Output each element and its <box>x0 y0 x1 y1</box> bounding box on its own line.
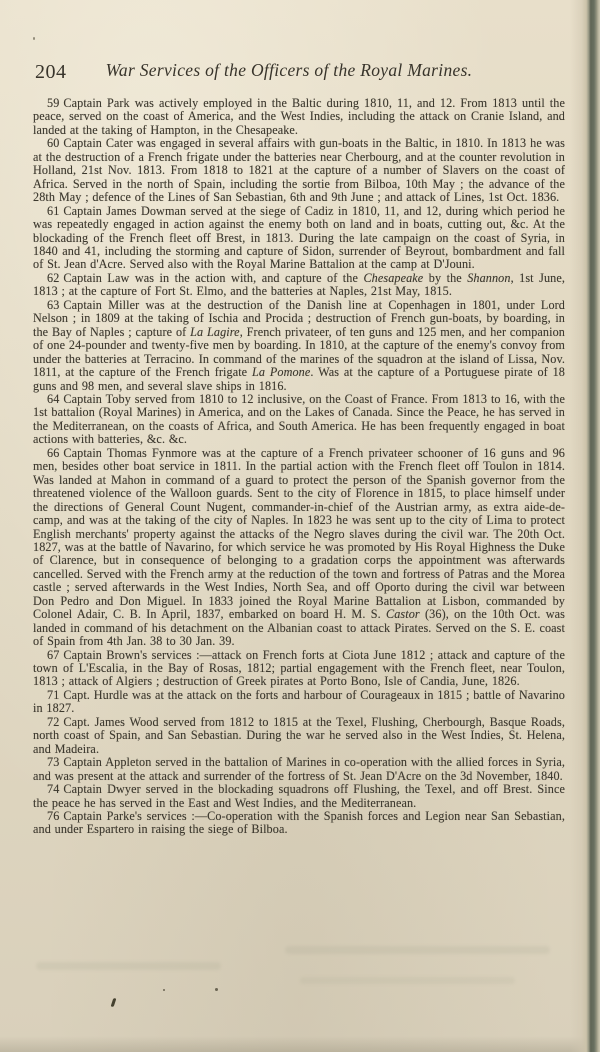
ship-name-italic: La Lagire <box>190 325 240 339</box>
paragraph-text: Captain Dwyer served in the blockading s… <box>33 782 565 809</box>
paragraph-number: 62 <box>47 271 63 285</box>
show-through-text <box>36 962 221 970</box>
paper-speck <box>33 37 35 40</box>
ship-name-italic: Castor <box>386 607 420 621</box>
paragraph-number: 60 <box>47 136 63 150</box>
paragraph-number: 71 <box>47 688 63 702</box>
paragraph-text: Captain Parke's services :—Co-operation … <box>33 809 565 836</box>
service-paragraph-76: 76Captain Parke's services :—Co-operatio… <box>33 810 565 837</box>
service-paragraph-64: 64Captain Toby served from 1810 to 12 in… <box>33 393 565 447</box>
service-paragraph-66: 66Captain Thomas Fynmore was at the capt… <box>33 447 565 649</box>
paragraph-text: Captain Law was in the action with, and … <box>63 271 363 285</box>
paper-speck <box>215 988 218 991</box>
service-paragraph-67: 67Captain Brown's services :—attack on F… <box>33 649 565 689</box>
paragraph-text: Capt. James Wood served from 1812 to 181… <box>33 715 565 756</box>
paragraph-text: Captain Cater was engaged in several aff… <box>33 136 565 204</box>
scanned-book-page: 204 War Services of the Officers of the … <box>0 0 600 1052</box>
service-paragraph-62: 62Captain Law was in the action with, an… <box>33 272 565 299</box>
paragraph-text: Captain Park was actively employed in th… <box>33 96 565 137</box>
paragraph-text: Captain Brown's services :—attack on Fre… <box>33 648 565 689</box>
ship-name-italic: La Pomone <box>252 365 310 379</box>
paragraph-text: Captain Toby served from 1810 to 12 incl… <box>33 392 565 446</box>
paragraph-number: 64 <box>47 392 63 406</box>
service-paragraph-59: 59Captain Park was actively employed in … <box>33 97 565 137</box>
paragraph-number: 59 <box>47 96 63 110</box>
paragraph-number: 74 <box>47 782 63 796</box>
ship-name-italic: Shannon <box>467 271 510 285</box>
service-paragraph-72: 72Capt. James Wood served from 1812 to 1… <box>33 716 565 756</box>
page-number: 204 <box>35 61 67 84</box>
running-header-title: War Services of the Officers of the Roya… <box>106 60 473 80</box>
page-edge-shadow <box>570 0 600 1052</box>
service-paragraph-60: 60Captain Cater was engaged in several a… <box>33 137 565 204</box>
paper-speck <box>163 989 165 991</box>
service-paragraph-74: 74Captain Dwyer served in the blockading… <box>33 783 565 810</box>
paragraph-text: Captain Thomas Fynmore was at the captur… <box>33 446 565 621</box>
paragraph-number: 73 <box>47 755 63 769</box>
show-through-text <box>285 946 550 954</box>
paragraph-number: 67 <box>47 648 63 662</box>
ink-mark <box>111 998 117 1007</box>
paragraph-text: by the <box>423 271 467 285</box>
paper-speck <box>107 114 109 116</box>
paragraph-number: 66 <box>47 446 63 460</box>
paragraph-number: 63 <box>47 298 63 312</box>
paragraph-text: Captain Appleton served in the battalion… <box>33 755 565 782</box>
show-through-text <box>300 977 515 984</box>
ship-name-italic: Chesapeake <box>363 271 423 285</box>
paragraph-text: Captain James Dowman served at the siege… <box>33 204 565 272</box>
service-paragraph-71: 71Capt. Hurdle was at the attack on the … <box>33 689 565 716</box>
paragraph-number: 76 <box>47 809 63 823</box>
service-paragraph-73: 73Captain Appleton served in the battali… <box>33 756 565 783</box>
service-paragraph-61: 61Captain James Dowman served at the sie… <box>33 205 565 272</box>
paragraph-text: Capt. Hurdle was at the attack on the fo… <box>33 688 565 715</box>
bottom-edge-shadow <box>0 1036 600 1052</box>
paragraph-number: 72 <box>47 715 63 729</box>
running-header: 204 War Services of the Officers of the … <box>0 60 578 81</box>
paragraph-number: 61 <box>47 204 63 218</box>
service-paragraph-63: 63Captain Miller was at the destruction … <box>33 299 565 393</box>
text-block: 59Captain Park was actively employed in … <box>33 97 565 837</box>
